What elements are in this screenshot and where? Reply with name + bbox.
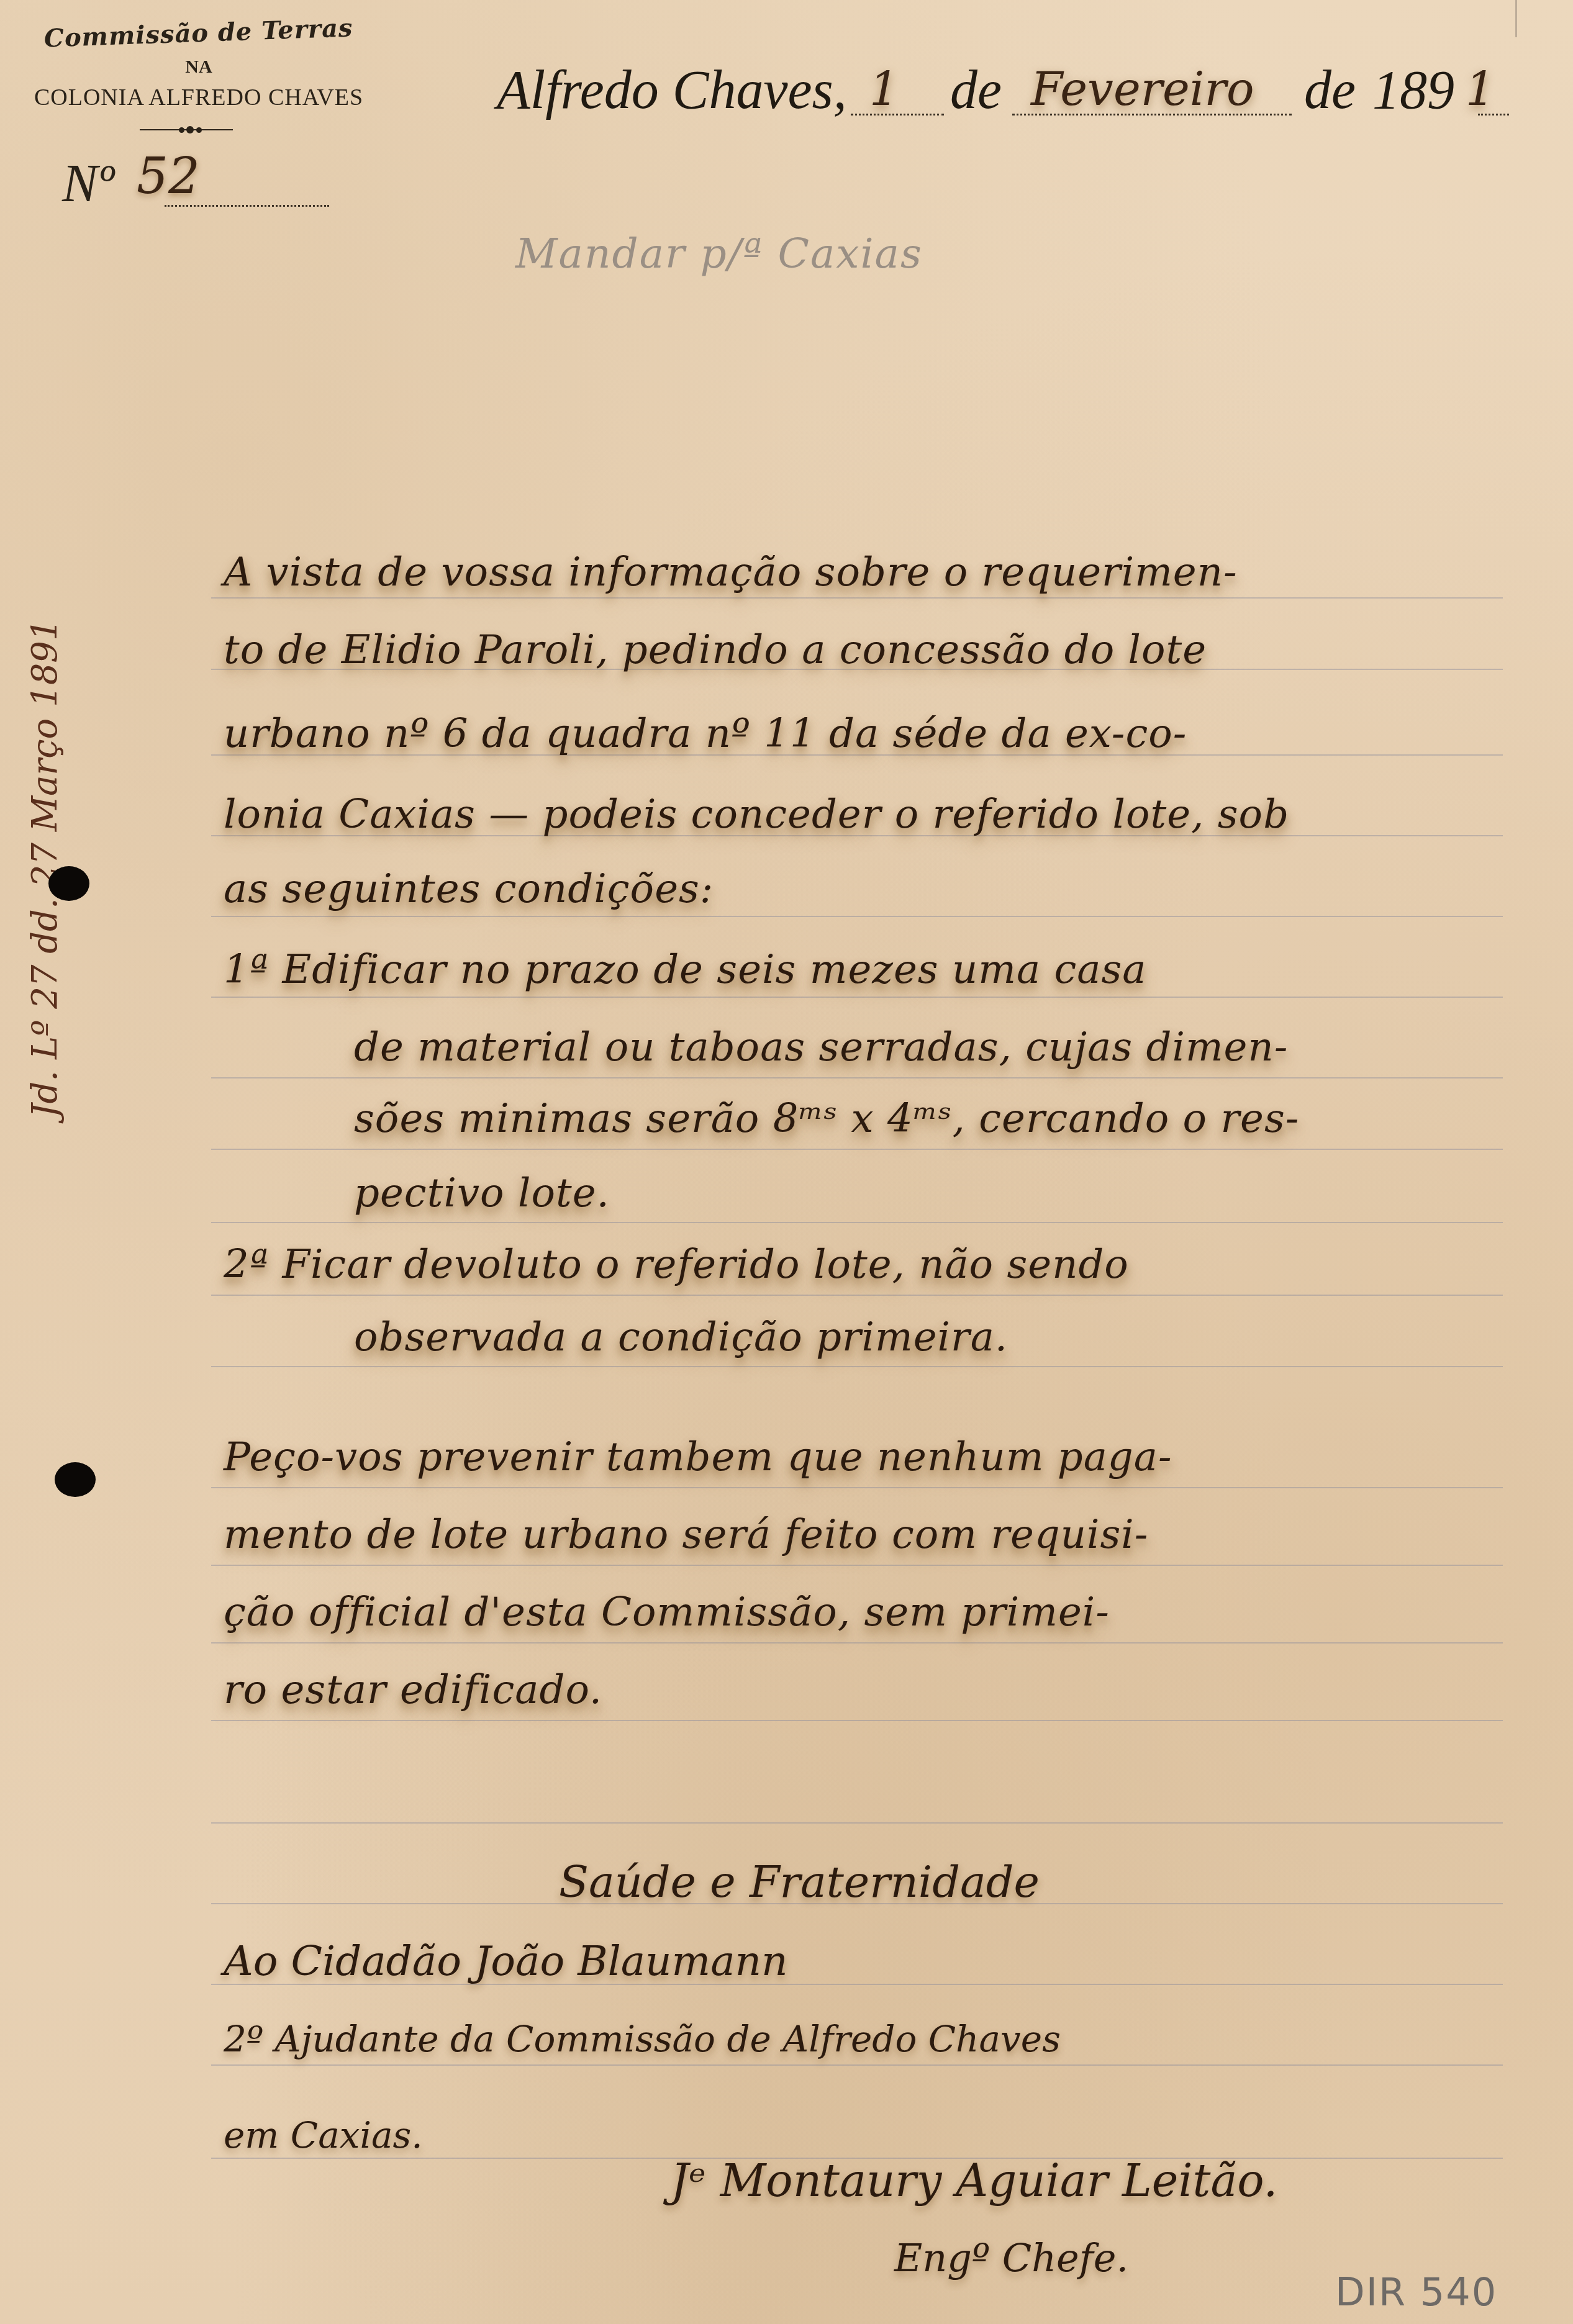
- ruled-line: [211, 1565, 1503, 1566]
- ornament-dot: [179, 127, 184, 133]
- number-dotted-line: [165, 205, 329, 207]
- ruled-line: [211, 1822, 1503, 1824]
- dateline-year-printed: 189: [1372, 59, 1454, 122]
- ruled-line: [211, 1077, 1503, 1078]
- dateline-de: de: [950, 59, 1002, 122]
- ruled-line: [211, 997, 1503, 998]
- body-line: as seguintes condições:: [224, 866, 714, 912]
- body-line: sões minimas serão 8ᵐˢ x 4ᵐˢ, cercando o…: [354, 1096, 1299, 1142]
- number-value: 52: [137, 147, 200, 205]
- addressee-location: em Caxias.: [224, 2114, 423, 2156]
- salutation: Saúde e Fraternidade: [559, 1856, 1040, 1907]
- body-line: observada a condição primeira.: [354, 1314, 1008, 1360]
- dateline: Alfredo Chaves, 1 de Fevereiro de 189 1: [497, 59, 1509, 127]
- body-line: A vista de vossa informação sobre o requ…: [224, 549, 1238, 595]
- signature-title: Engº Chefe.: [894, 2235, 1128, 2281]
- dateline-place: Alfredo Chaves,: [497, 59, 847, 122]
- ruled-line: [211, 1295, 1503, 1296]
- letterhead-commission: Commissão de Terras: [44, 13, 354, 53]
- body-line: ção official d'esta Commissão, sem prime…: [224, 1589, 1110, 1635]
- ruled-line: [211, 1366, 1503, 1367]
- body-line: 2ª Ficar devoluto o referido lote, não s…: [224, 1242, 1129, 1288]
- body-line: de material ou taboas serradas, cujas di…: [354, 1024, 1288, 1070]
- paper-edge-mark: [1515, 0, 1517, 37]
- ruled-line: [211, 1487, 1503, 1488]
- dateline-year-hand: 1: [1466, 63, 1495, 116]
- archive-reference: DIR 540: [1335, 2269, 1497, 2315]
- ruled-line: [211, 916, 1503, 917]
- pencil-annotation: Mandar p/ª Caxias: [515, 230, 923, 278]
- body-line: mento de lote urbano será feito com requ…: [224, 1512, 1148, 1558]
- ornament-dot: [196, 127, 202, 133]
- body-line: urbano nº 6 da quadra nº 11 da séde da e…: [224, 711, 1187, 757]
- body-line: Peço-vos prevenir tambem que nenhum paga…: [224, 1434, 1172, 1480]
- body-line: ro estar edificado.: [224, 1667, 602, 1713]
- punch-hole: [55, 1462, 96, 1497]
- dateline-day: 1: [869, 63, 899, 116]
- ruled-line: [211, 2064, 1503, 2066]
- ruled-line: [211, 1149, 1503, 1150]
- body-line: lonia Caxias — podeis conceder o referid…: [224, 792, 1289, 838]
- addressee-title: 2º Ajudante da Commissão de Alfredo Chav…: [224, 2018, 1061, 2060]
- ruled-line: [211, 1222, 1503, 1223]
- body-line: pectivo lote.: [354, 1170, 610, 1216]
- punch-hole: [48, 866, 89, 901]
- signature: Jᵉ Montaury Aguiar Leitão.: [671, 2154, 1277, 2207]
- ruled-line: [211, 1720, 1503, 1721]
- document-number: Nº 52: [62, 158, 329, 208]
- ornament-divider: [12, 124, 385, 136]
- addressee-name: Ao Cidadão João Blaumann: [224, 1937, 788, 1985]
- ruled-line: [211, 597, 1503, 599]
- dateline-month: Fevereiro: [1031, 63, 1254, 116]
- ornament-dot: [186, 126, 194, 133]
- body-line: to de Elidio Paroli, pedindo a concessão…: [224, 627, 1207, 673]
- number-label: Nº: [62, 152, 114, 214]
- ruled-line: [211, 1642, 1503, 1644]
- body-line: 1ª Edificar no prazo de seis mezes uma c…: [224, 947, 1146, 993]
- letterhead: Commissão de Terras NA COLONIA ALFREDO C…: [12, 19, 385, 136]
- letterhead-na: NA: [12, 57, 385, 78]
- letterhead-colonia: COLONIA ALFREDO CHAVES: [12, 84, 385, 111]
- dateline-de-2: de: [1304, 59, 1356, 122]
- year-dotted-line: [1478, 114, 1509, 115]
